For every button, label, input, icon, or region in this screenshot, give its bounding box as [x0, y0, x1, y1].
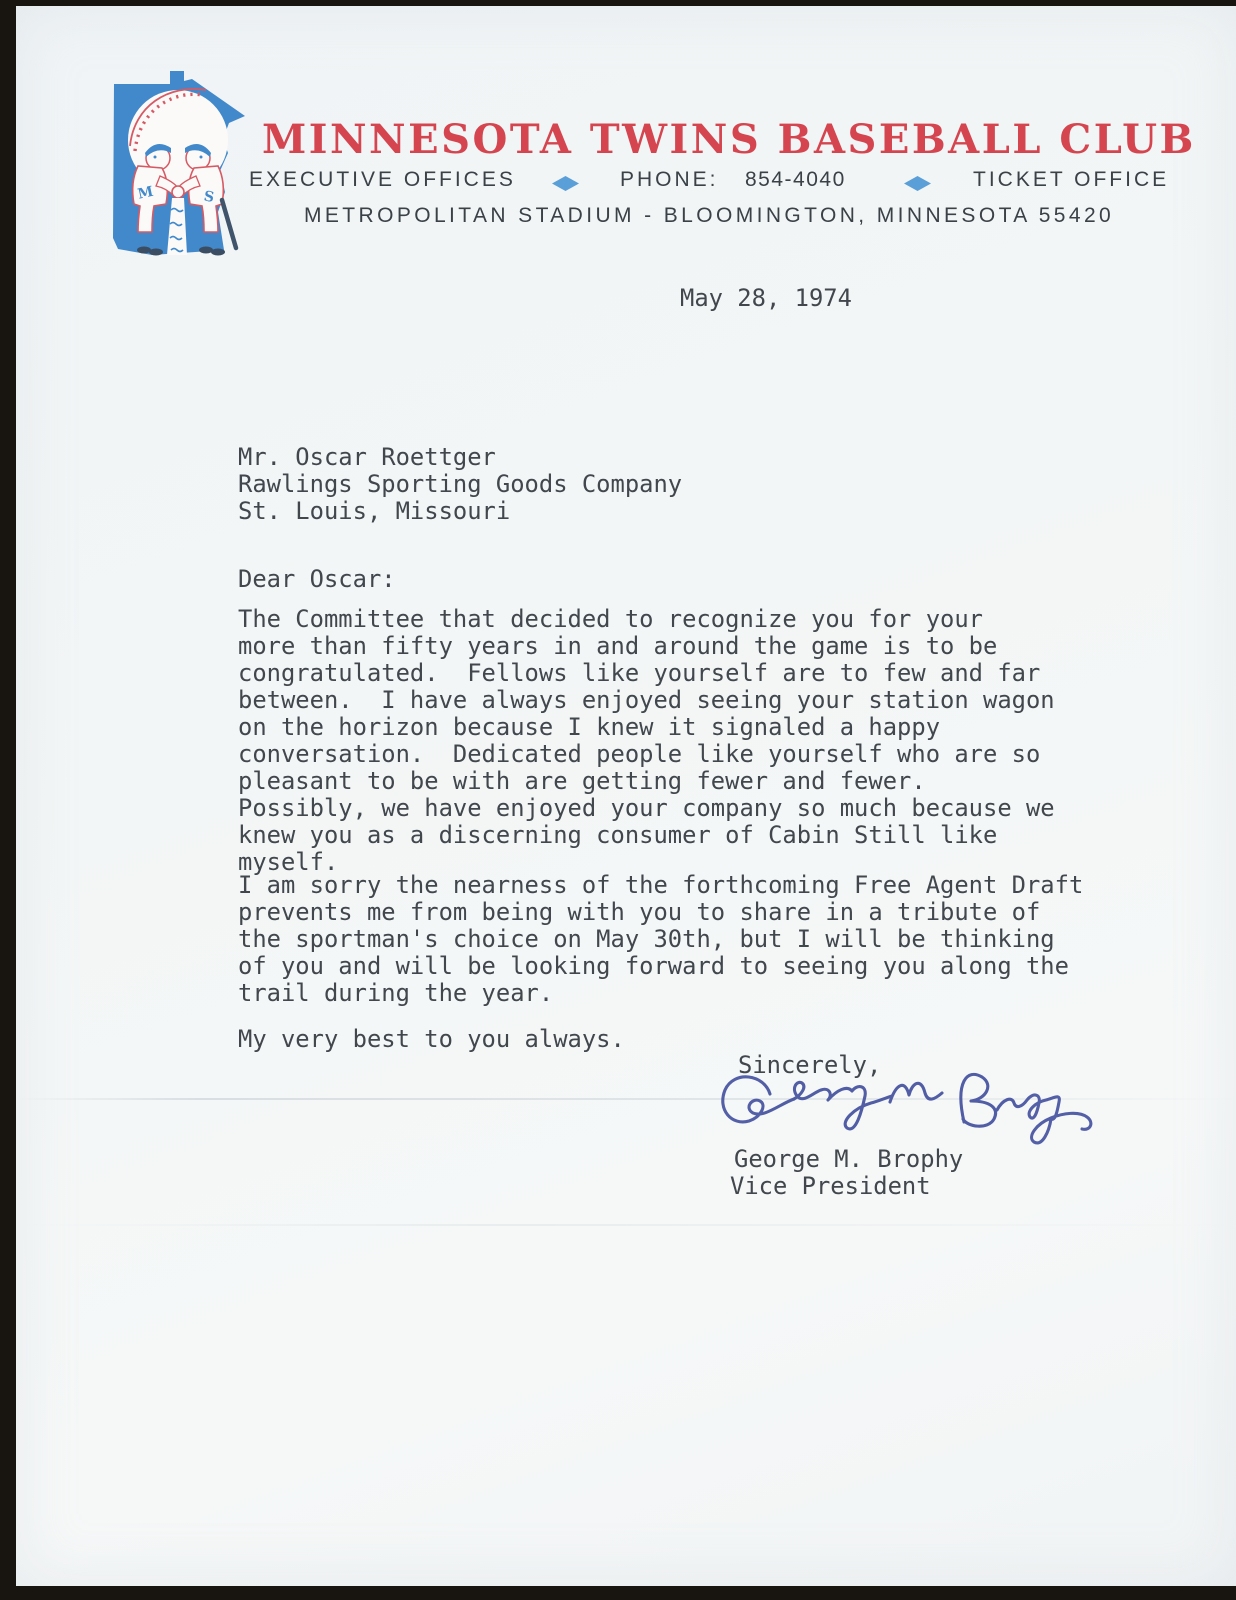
phone-label: PHONE: [620, 168, 719, 192]
signer-name: George M. Brophy [734, 1146, 963, 1173]
phone-number: 854-4040 [745, 168, 846, 192]
paragraph-1: The Committee that decided to recognize … [238, 606, 1055, 876]
salutation: Dear Oscar: [238, 566, 396, 593]
player-right-shoe [199, 247, 213, 254]
letter-paper: M S MINNESOTA TWINS BASEBALL CLUB EXECUT… [16, 6, 1236, 1586]
club-name-title: MINNESOTA TWINS BASEBALL CLUB [262, 116, 1196, 163]
scanned-letter-photo: { "letterhead": { "club_name": "MINNESOT… [0, 0, 1236, 1600]
ticket-office-label: TICKET OFFICE [973, 168, 1169, 192]
handshake-icon [172, 186, 184, 198]
player-right-eye [200, 156, 203, 159]
recipient-city: St. Louis, Missouri [238, 498, 510, 525]
paragraph-2: I am sorry the nearness of the forthcomi… [238, 872, 1083, 1007]
player-left-shoe [149, 249, 163, 256]
paper-crease [16, 1224, 1236, 1226]
closing-line: My very best to you always. [238, 1026, 625, 1053]
executive-offices-label: EXECUTIVE OFFICES [249, 168, 516, 192]
player-left-eye [154, 156, 157, 159]
minnie-and-paul-logo-icon: M S [94, 54, 269, 262]
recipient-company: Rawlings Sporting Goods Company [238, 471, 682, 498]
signer-title: Vice President [730, 1173, 931, 1200]
twins-logo: M S [94, 54, 269, 262]
jersey-letter-m: M [136, 184, 154, 203]
player-left-shoe [137, 247, 151, 254]
diamond-separator-icon [552, 176, 579, 191]
recipient-name: Mr. Oscar Roettger [238, 444, 496, 471]
stadium-address-line: METROPOLITAN STADIUM - BLOOMINGTON, MINN… [304, 204, 1114, 228]
letter-date: May 28, 1974 [680, 285, 852, 312]
diamond-separator-icon [904, 176, 931, 191]
baseball-bat-icon [222, 200, 236, 248]
player-right-shoe [211, 249, 225, 256]
